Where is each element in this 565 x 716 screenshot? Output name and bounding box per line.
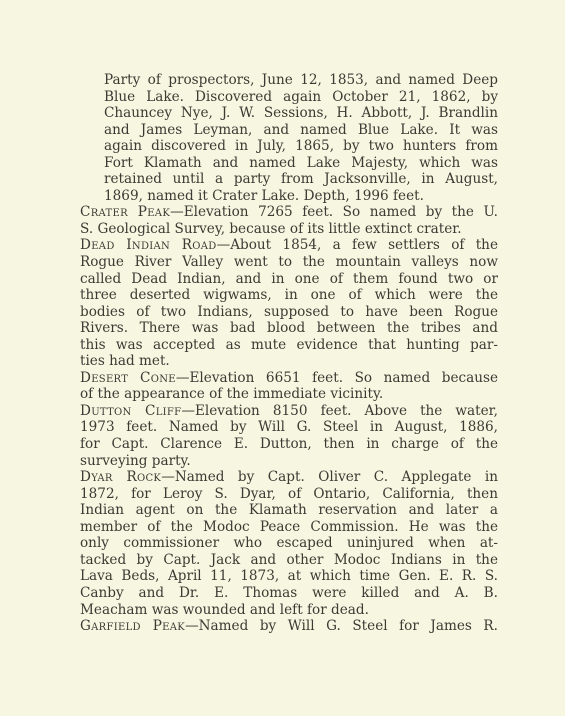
continued-paragraph: Party of prospectors, June 12, 1853, and… bbox=[80, 72, 498, 204]
entry-desert-cone: Desert Cone—Elevation 6651 feet. So name… bbox=[80, 370, 498, 403]
text-line: Rivers. There was bad blood between the … bbox=[104, 320, 498, 337]
entry-dead-indian-road: Dead Indian Road—About 1854, a few settl… bbox=[80, 237, 498, 369]
text-line: member of the Modoc Peace Commission. He… bbox=[104, 519, 498, 536]
text-line: 1869, named it Crater Lake. Depth, 1996 … bbox=[104, 188, 498, 205]
entry-term: Dead Indian Road bbox=[80, 237, 217, 253]
text-line: ties had met. bbox=[104, 353, 498, 370]
entry-term: Dyar Rock bbox=[80, 469, 161, 485]
text-line: Blue Lake. Discovered again October 21, … bbox=[104, 89, 498, 106]
entry-first-line: —Elevation 6651 feet. So named because bbox=[176, 370, 498, 386]
text-line: of the appearance of the immediate vicin… bbox=[104, 386, 498, 403]
text-line: Indian agent on the Klamath reservation … bbox=[104, 502, 498, 519]
entry-first-line: —Elevation 8150 feet. Above the water, bbox=[181, 403, 498, 419]
book-page: Party of prospectors, June 12, 1853, and… bbox=[80, 72, 498, 635]
entry-dyar-rock: Dyar Rock—Named by Capt. Oliver C. Apple… bbox=[80, 469, 498, 618]
text-line: Chauncey Nye, J. W. Sessions, H. Abbott,… bbox=[104, 105, 498, 122]
text-line: only commissioner who escaped uninjured … bbox=[104, 535, 498, 552]
text-line: surveying party. bbox=[104, 453, 498, 470]
entry-garfield-peak: Garfield Peak—Named by Will G. Steel for… bbox=[80, 618, 498, 635]
text-line: and James Leyman, and named Blue Lake. I… bbox=[104, 122, 498, 139]
entry-term: Garfield Peak bbox=[80, 618, 185, 634]
text-line: for Capt. Clarence E. Dutton, then in ch… bbox=[104, 436, 498, 453]
entry-first-line: —Elevation 7265 feet. So named by the U. bbox=[170, 204, 498, 220]
entry-term: Dutton Cliff bbox=[80, 403, 181, 419]
entry-term: Desert Cone bbox=[80, 370, 176, 386]
text-line: 1973 feet. Named by Will G. Steel in Aug… bbox=[104, 419, 498, 436]
entry-first-line: —Named by Will G. Steel for James R. bbox=[185, 618, 498, 634]
entry-first-line: —About 1854, a few settlers of the bbox=[217, 237, 498, 253]
text-line: retained until a party from Jacksonville… bbox=[104, 171, 498, 188]
text-line: tacked by Capt. Jack and other Modoc Ind… bbox=[104, 552, 498, 569]
entry-first-line: —Named by Capt. Oliver C. Applegate in bbox=[161, 469, 498, 485]
text-line: Fort Klamath and named Lake Majesty, whi… bbox=[104, 155, 498, 172]
text-line: this was accepted as mute evidence that … bbox=[104, 337, 498, 354]
text-line: Lava Beds, April 11, 1873, at which time… bbox=[104, 568, 498, 585]
text-line: Party of prospectors, June 12, 1853, and… bbox=[104, 72, 498, 89]
text-line: again discovered in July, 1865, by two h… bbox=[104, 138, 498, 155]
text-line: called Dead Indian, and in one of them f… bbox=[104, 271, 498, 288]
entry-term: Crater Peak bbox=[80, 204, 170, 220]
text-line: Canby and Dr. E. Thomas were killed and … bbox=[104, 585, 498, 602]
text-line: 1872, for Leroy S. Dyar, of Ontario, Cal… bbox=[104, 486, 498, 503]
text-line: bodies of two Indians, supposed to have … bbox=[104, 304, 498, 321]
entry-dutton-cliff: Dutton Cliff—Elevation 8150 feet. Above … bbox=[80, 403, 498, 469]
text-line: S. Geological Survey, because of its lit… bbox=[104, 221, 498, 238]
text-line: Meacham was wounded and left for dead. bbox=[104, 602, 498, 619]
text-line: Rogue River Valley went to the mountain … bbox=[104, 254, 498, 271]
text-line: three deserted wigwams, in one of which … bbox=[104, 287, 498, 304]
entry-crater-peak: Crater Peak—Elevation 7265 feet. So name… bbox=[80, 204, 498, 237]
